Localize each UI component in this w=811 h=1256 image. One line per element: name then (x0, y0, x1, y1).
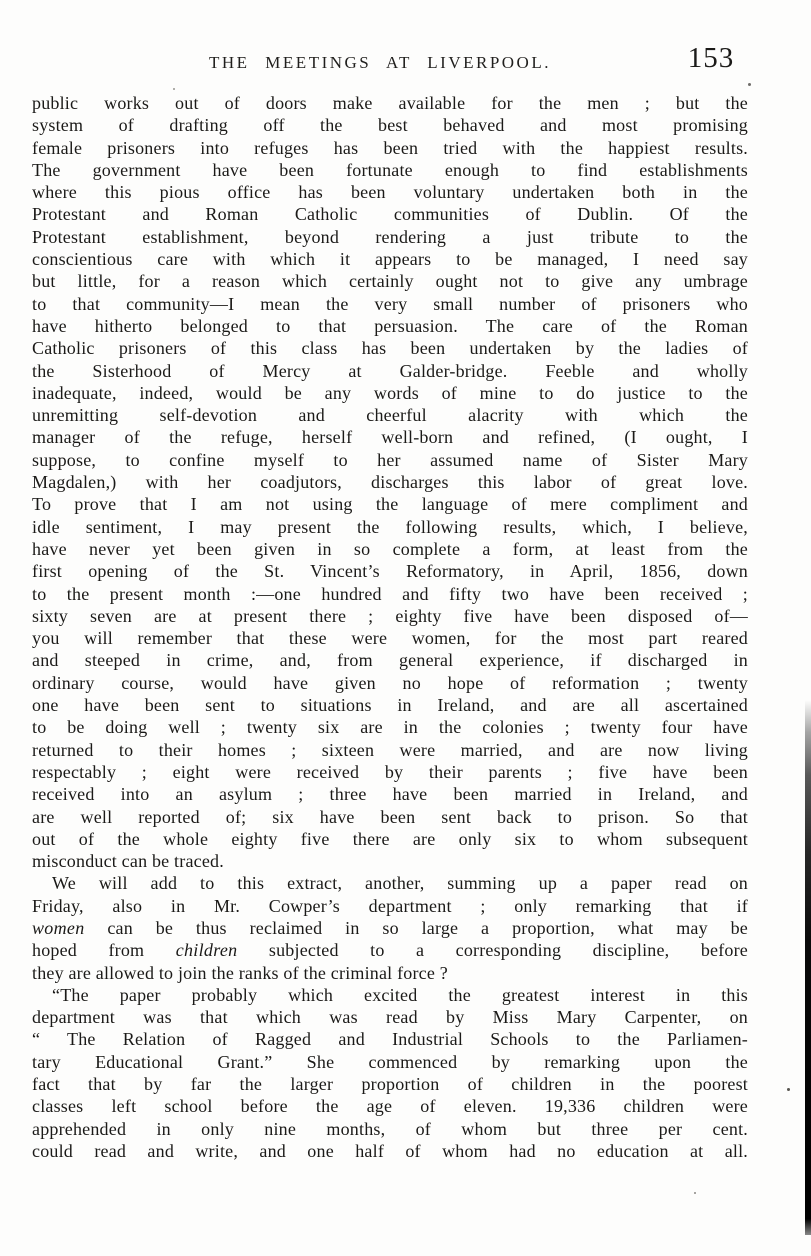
text-line: ordinary course, would have given no hop… (32, 672, 748, 694)
text-line: unremitting self-devotion and cheerful a… (32, 404, 748, 426)
text-line: inadequate, indeed, would be any words o… (32, 382, 748, 404)
text-line: have hitherto belonged to that persuasio… (32, 315, 748, 337)
text-line: first opening of the St. Vincent’s Refor… (32, 560, 748, 582)
scan-speck (787, 1088, 790, 1091)
text-line: returned to their homes ; sixteen were m… (32, 739, 748, 761)
scan-speck (748, 83, 751, 86)
text-line: the Sisterhood of Mercy at Galder-bridge… (32, 360, 748, 382)
scan-edge-artifact (805, 700, 811, 1235)
text-line: but little, for a reason which certainly… (32, 270, 748, 292)
text-line: tary Educational Grant.” She commenced b… (32, 1051, 748, 1073)
text-line: idle sentiment, I may present the follow… (32, 516, 748, 538)
text-line: classes left school before the age of el… (32, 1095, 748, 1117)
running-title: THE MEETINGS AT LIVERPOOL. (22, 53, 738, 73)
page-number: 153 (672, 42, 750, 75)
text-line: misconduct can be traced. (32, 850, 748, 872)
text-line: where this pious office has been volunta… (32, 181, 748, 203)
text-line: department was that which was read by Mi… (32, 1006, 748, 1028)
text-line: received into an asylum ; three have bee… (32, 783, 748, 805)
text-line: Protestant establishment, beyond renderi… (32, 226, 748, 248)
text-line: to be doing well ; twenty six are in the… (32, 716, 748, 738)
text-line: hoped from children subjected to a corre… (32, 939, 748, 961)
text-line: Magdalen,) with her coadjutors, discharg… (32, 471, 748, 493)
text-line: female prisoners into refuges has been t… (32, 137, 748, 159)
text-line: apprehended in only nine months, of whom… (32, 1118, 748, 1140)
text-line: public works out of doors make available… (32, 92, 748, 114)
text-line: conscientious care with which it appears… (32, 248, 748, 270)
scan-speck (173, 88, 175, 90)
body-text: public works out of doors make available… (32, 92, 748, 1162)
text-line: and steeped in crime, and, from general … (32, 649, 748, 671)
text-line: Friday, also in Mr. Cowper’s department … (32, 895, 748, 917)
text-line: sixty seven are at present there ; eight… (32, 605, 748, 627)
text-line: out of the whole eighty five there are o… (32, 828, 748, 850)
text-line: “ The Relation of Ragged and Industrial … (32, 1028, 748, 1050)
text-line: Protestant and Roman Catholic communitie… (32, 203, 748, 225)
text-line: are well reported of; six have been sent… (32, 806, 748, 828)
text-line: to that community—I mean the very small … (32, 293, 748, 315)
text-line: one have been sent to situations in Irel… (32, 694, 748, 716)
scan-speck (694, 1192, 696, 1194)
text-line: you will remember that these were women,… (32, 627, 748, 649)
text-line: fact that by far the larger proportion o… (32, 1073, 748, 1095)
text-line: suppose, to confine myself to her assume… (32, 449, 748, 471)
text-line: We will add to this extract, another, su… (32, 872, 748, 894)
text-line: could read and write, and one half of wh… (32, 1140, 748, 1162)
text-line: they are allowed to join the ranks of th… (32, 962, 748, 984)
text-line: system of drafting off the best behaved … (32, 114, 748, 136)
scanned-document-page: THE MEETINGS AT LIVERPOOL. 153 public wo… (0, 0, 811, 1256)
text-line: women can be thus reclaimed in so large … (32, 917, 748, 939)
text-line: respectably ; eight were received by the… (32, 761, 748, 783)
text-line: The government have been fortunate enoug… (32, 159, 748, 181)
text-line: have never yet been given in so complete… (32, 538, 748, 560)
text-line: To prove that I am not using the languag… (32, 493, 748, 515)
text-line: Catholic prisoners of this class has bee… (32, 337, 748, 359)
text-line: “The paper probably which excited the gr… (32, 984, 748, 1006)
text-line: manager of the refuge, herself well-born… (32, 426, 748, 448)
text-line: to the present month :—one hundred and f… (32, 583, 748, 605)
